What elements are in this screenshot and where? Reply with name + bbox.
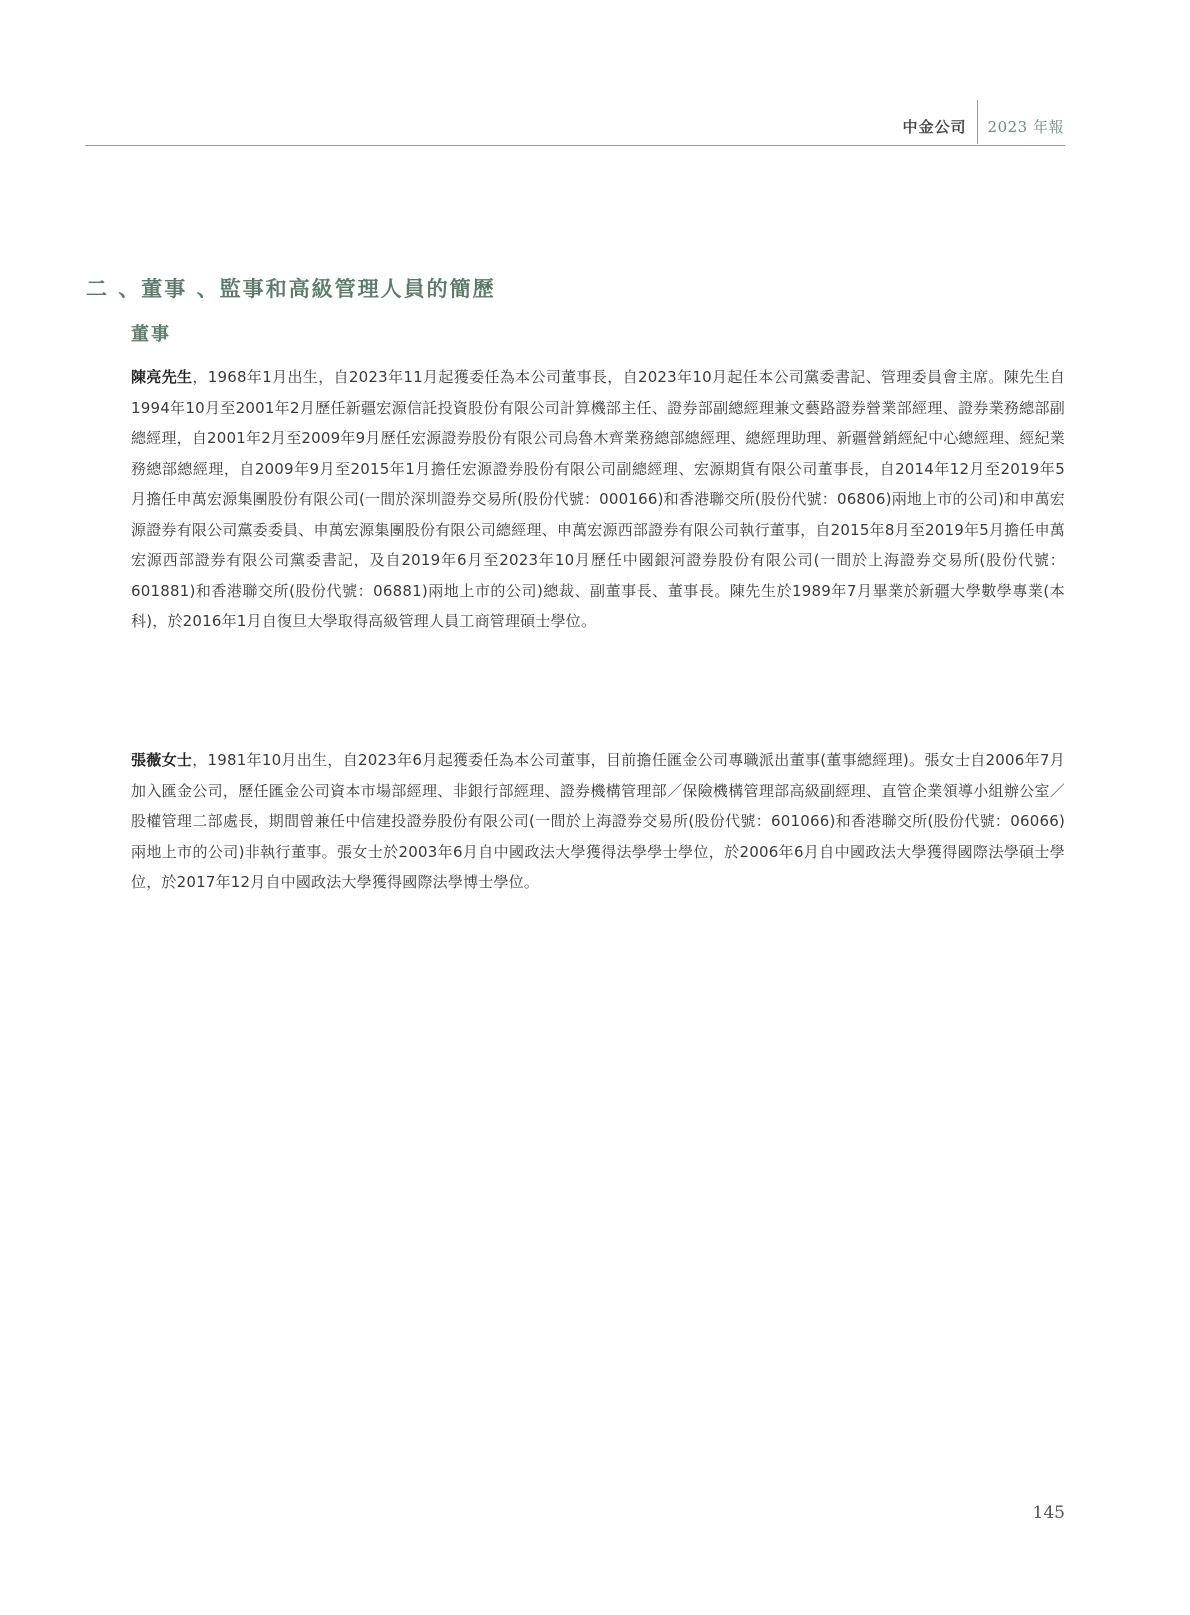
bio-paragraph: 張薇女士，1981年10月出生，自2023年6月起獲委任為本公司董事，目前擔任匯… xyxy=(131,745,1065,898)
bio-name: 張薇女士 xyxy=(131,751,192,769)
bio-name: 陳亮先生 xyxy=(131,368,192,386)
section-title: 二 、董事 、監事和高級管理人員的簡歷 xyxy=(86,273,496,303)
header-rule xyxy=(85,145,1065,146)
header-company-name: 中金公司 xyxy=(903,116,977,137)
bio-text: ，1981年10月出生，自2023年6月起獲委任為本公司董事，目前擔任匯金公司專… xyxy=(131,751,1065,891)
bio-paragraph: 陳亮先生，1968年1月出生，自2023年11月起獲委任為本公司董事長，自202… xyxy=(131,362,1065,637)
header-report-title: 2023 年報 xyxy=(978,116,1064,137)
section-subtitle: 董事 xyxy=(131,320,171,346)
bio-text: ，1968年1月出生，自2023年11月起獲委任為本公司董事長，自2023年10… xyxy=(131,368,1065,630)
page-header: 中金公司 2023 年報 xyxy=(903,108,1064,144)
page-number: 145 xyxy=(1033,1503,1065,1523)
